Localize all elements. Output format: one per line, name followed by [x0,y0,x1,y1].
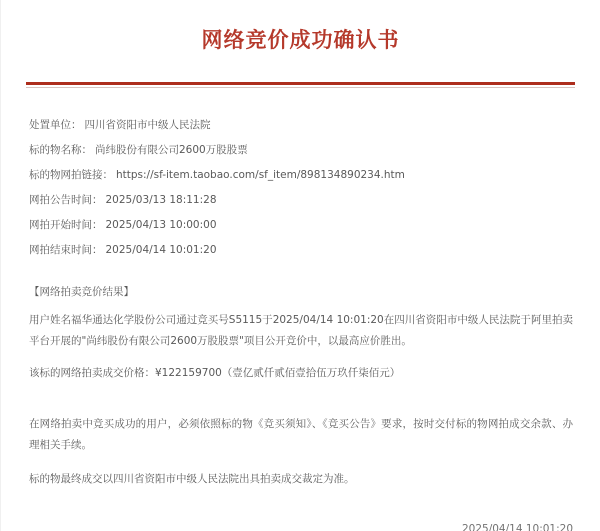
field-row-start-time: 网拍开始时间：2025/04/13 10:00:00 [29,219,573,232]
field-row-subject-name: 标的物名称：尚纬股份有限公司2600万股股票 [29,144,573,157]
field-value: 尚纬股份有限公司2600万股股票 [95,144,248,156]
divider-thick-line [26,82,575,85]
price-value: ¥122159700（壹亿贰仟贰佰壹拾伍万玖仟柒佰元） [155,367,400,379]
final-ruling-note: 标的物最终成交以四川省资阳市中级人民法院出具拍卖成交裁定为准。 [29,469,573,490]
field-row-end-time: 网拍结束时间：2025/04/14 10:01:20 [29,244,573,257]
field-value: 2025/04/14 10:01:20 [106,244,217,256]
winner-paragraph: 用户姓名福华通达化学股份公司通过竞买号S5115于2025/04/14 10:0… [29,310,573,352]
field-label: 网拍结束时间： [29,244,103,256]
document-body: 处置单位：四川省资阳市中级人民法院 标的物名称：尚纬股份有限公司2600万股股票… [29,119,573,531]
field-label: 标的物名称： [29,144,92,156]
issue-timestamp: 2025/04/14 10:01:20 [29,523,573,531]
result-section-heading: 【网络拍卖竞价结果】 [29,286,573,299]
payment-obligation-note: 在网络拍卖中竞买成功的用户，必须依照标的物《竞买须知》、《竞买公告》要求，按时交… [29,414,573,456]
field-value: 四川省资阳市中级人民法院 [85,119,211,131]
page-title: 网络竞价成功确认书 [1,28,600,52]
title-divider [26,82,575,88]
field-label: 标的物网拍链接： [29,169,113,181]
auction-link-url: https://sf-item.taobao.com/sf_item/89813… [116,169,405,181]
field-value: 2025/03/13 18:11:28 [106,194,217,206]
field-label: 网拍公告时间： [29,194,103,206]
confirmation-document: 网络竞价成功确认书 处置单位：四川省资阳市中级人民法院 标的物名称：尚纬股份有限… [0,0,600,531]
price-line: 该标的网络拍卖成交价格：¥122159700（壹亿贰仟贰佰壹拾伍万玖仟柒佰元） [29,363,573,384]
field-value: 2025/04/13 10:00:00 [106,219,217,231]
divider-thin-line [26,87,575,88]
field-label: 网拍开始时间： [29,219,103,231]
field-label: 处置单位： [29,119,82,131]
field-row-auction-link: 标的物网拍链接：https://sf-item.taobao.com/sf_it… [29,169,573,182]
field-row-disposal-unit: 处置单位：四川省资阳市中级人民法院 [29,119,573,132]
price-label: 该标的网络拍卖成交价格： [29,367,155,379]
field-row-announce-time: 网拍公告时间：2025/03/13 18:11:28 [29,194,573,207]
info-fields: 处置单位：四川省资阳市中级人民法院 标的物名称：尚纬股份有限公司2600万股股票… [29,119,573,257]
